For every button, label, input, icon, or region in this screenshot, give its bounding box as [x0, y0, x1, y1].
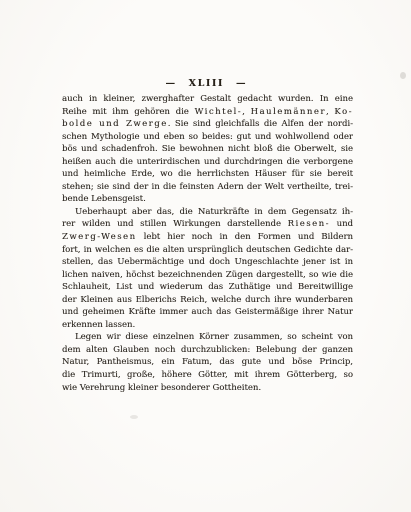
letterspaced-text: Wichtel- [195, 107, 243, 117]
text-segment: Schlauheit, List und wiederum das Zuthät… [62, 282, 353, 292]
paragraph: auch in kleiner, zwerghafter Gestalt ged… [62, 93, 353, 206]
text-line: Natur, Pantheismus, ein Fatum, das gute … [62, 356, 353, 369]
text-segment: auch in kleiner, zwerghafter Gestalt ged… [62, 94, 353, 104]
text-segment: die Trimurti, große, höhere Götter, mit … [62, 370, 353, 380]
text-line: stehen; sie sind der in die feinsten Ade… [62, 181, 353, 194]
text-segment: und geheimen Kräfte immer auch das Geist… [62, 307, 353, 317]
text-segment: schen Mythologie und eben so beides: gut… [62, 132, 353, 142]
body-text: auch in kleiner, zwerghafter Gestalt ged… [62, 93, 353, 394]
text-line: lichen naiven, höchst bezeichnenden Züge… [62, 269, 353, 282]
text-segment: stehen; sie sind der in die feinsten Ade… [62, 182, 353, 192]
text-line: Schlauheit, List und wiederum das Zuthät… [62, 281, 353, 294]
text-line: der Kleinen aus Elberichs Reich, welche … [62, 294, 353, 307]
text-segment: stellen, das Uebermächtige und doch Unge… [62, 257, 353, 269]
text-line: schen Mythologie und eben so beides: gut… [62, 131, 353, 144]
paragraph: Ueberhaupt aber das, die Naturkräfte in … [62, 206, 353, 331]
header-left-dash: — [166, 78, 176, 89]
text-segment: Natur, Pantheismus, ein Fatum, das gute … [62, 357, 353, 367]
text-segment: fort, in welchen es die alten ursprüngli… [62, 245, 353, 255]
text-segment: Ueberhaupt aber das, die Naturkräfte in … [75, 207, 353, 217]
text-line: die Trimurti, große, höhere Götter, mit … [62, 369, 353, 382]
text-segment: der Kleinen aus Elberichs Reich, welche … [62, 295, 353, 305]
text-segment: dem alten Glauben noch durchzublicken: B… [62, 345, 353, 355]
text-line: Zwerg-Wesen lebt hier noch in den Formen… [62, 231, 353, 244]
scan-artifact [400, 72, 406, 79]
text-line: bende Lebensgeist. [62, 193, 353, 206]
text-segment: erkennen lassen. [62, 320, 135, 330]
letterspaced-text: Haulemänner [251, 107, 326, 117]
text-segment: . Sie sind gleichfalls die Alfen der nor… [168, 119, 353, 129]
text-line: dem alten Glauben noch durchzublicken: B… [62, 344, 353, 357]
text-line: wie Verehrung kleiner besonderer Gotthei… [62, 382, 353, 395]
text-line: und heimliche Erde, wo die herrlichsten … [62, 168, 353, 181]
text-line: rer wilden und stillen Wirkungen darstel… [62, 218, 353, 231]
text-line: heißen auch die unterirdischen und durch… [62, 156, 353, 169]
text-line: auch in kleiner, zwerghafter Gestalt ged… [62, 93, 353, 106]
text-line: fort, in welchen es die alten ursprüngli… [62, 244, 353, 257]
text-segment: bös und schadenfroh. Sie bewohnen nicht … [62, 144, 353, 154]
page-header: —XLIII— [60, 77, 351, 90]
text-segment: lebt hier noch in den Formen und Bildern [137, 232, 353, 242]
text-segment: lichen naiven, höchst bezeichnenden Züge… [62, 270, 353, 280]
letterspaced-text: bolde und Zwerge [62, 119, 168, 129]
page-number: XLIII [187, 78, 224, 89]
text-segment: heißen auch die unterirdischen und durch… [62, 157, 353, 167]
text-line: Ueberhaupt aber das, die Naturkräfte in … [62, 206, 353, 219]
text-segment: rer wilden und stillen Wirkungen darstel… [62, 219, 288, 229]
scan-artifact [130, 415, 138, 419]
text-segment: und heimliche Erde, wo die herrlichsten … [62, 169, 353, 179]
text-segment: Reihe mit ihm gehören die [62, 107, 195, 117]
header-right-dash: — [236, 78, 246, 89]
text-segment: und [330, 219, 353, 229]
letterspaced-text: Ko- [334, 107, 353, 117]
text-line: Legen wir diese einzelnen Körner zusamme… [62, 331, 353, 344]
paragraph: Legen wir diese einzelnen Körner zusamme… [62, 331, 353, 394]
text-segment: bende Lebensgeist. [62, 194, 146, 204]
text-line: erkennen lassen. [62, 319, 353, 332]
text-line: und geheimen Kräfte immer auch das Geist… [62, 306, 353, 319]
text-line: bolde und Zwerge. Sie sind gleichfalls d… [62, 118, 353, 131]
text-segment: , [242, 107, 250, 117]
text-line: bös und schadenfroh. Sie bewohnen nicht … [62, 143, 353, 156]
text-line: Reihe mit ihm gehören die Wichtel-, Haul… [62, 106, 353, 119]
letterspaced-text: Zwerg-Wesen [62, 232, 137, 242]
book-page: —XLIII— auch in kleiner, zwerghafter Ges… [0, 0, 411, 512]
text-segment: Legen wir diese einzelnen Körner zusamme… [75, 332, 353, 342]
letterspaced-text: Riesen- [288, 219, 330, 229]
text-line: stellen, das Uebermächtige und doch Unge… [62, 256, 353, 269]
text-segment: wie Verehrung kleiner besonderer Gotthei… [62, 383, 261, 393]
